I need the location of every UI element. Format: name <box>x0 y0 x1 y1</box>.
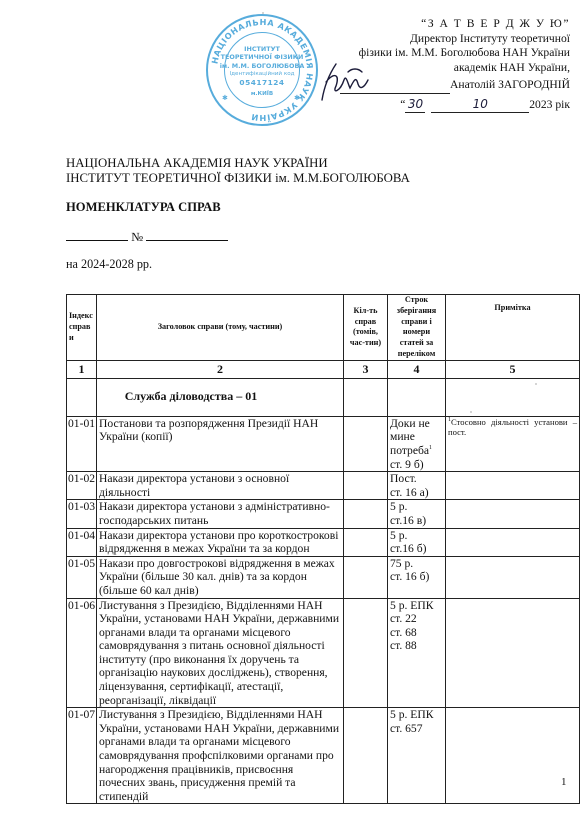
approval-date-day: 30 <box>405 97 425 113</box>
table-row: 01-07 Листування з Президією, Відділення… <box>67 708 580 804</box>
approval-position-line1: Директор Інституту теоретичної <box>340 32 570 47</box>
document-number-line: № <box>66 229 228 245</box>
approval-position-line3: академік НАН України, <box>340 61 570 76</box>
row-count <box>344 500 388 528</box>
row-note <box>446 598 580 708</box>
table-row: 01-05 Накази про довгострокові відряджен… <box>67 556 580 598</box>
row-retention: 5 р.ст.16 в) <box>388 500 446 528</box>
col-number: 2 <box>97 360 344 378</box>
document-period: на 2024-2028 рр. <box>66 257 152 272</box>
number-blank <box>146 229 228 241</box>
table-row: 01-04 Накази директора установи про коро… <box>67 528 580 556</box>
row-count <box>344 708 388 804</box>
official-stamp: НАЦІОНАЛЬНА АКАДЕМІЯ НАУК УКРАЇНИ ✱ ✱ ІН… <box>206 14 318 126</box>
row-title: Накази директора установи про короткостр… <box>97 528 344 556</box>
row-index: 01-05 <box>67 556 97 598</box>
stamp-code: 05417124 <box>218 79 306 87</box>
scan-speck <box>535 383 537 385</box>
row-retention: Пост.ст. 16 а) <box>388 472 446 500</box>
row-title: Накази про довгострокові відрядження в м… <box>97 556 344 598</box>
row-count <box>344 472 388 500</box>
row-note <box>446 556 580 598</box>
nomenclature-table: Індекс справ и Заголовок справи (тому, ч… <box>66 294 580 804</box>
row-retention: 75 р.ст. 16 б) <box>388 556 446 598</box>
org-line-academy: НАЦІОНАЛЬНА АКАДЕМІЯ НАУК УКРАЇНИ <box>66 156 410 171</box>
approval-title: “З А Т В Е Р Д Ж У Ю” <box>340 17 570 32</box>
approval-date-year: 2023 рік <box>529 98 570 111</box>
row-retention: 5 р. ЕПКст. 657 <box>388 708 446 804</box>
row-count <box>344 528 388 556</box>
stamp-line-name: ім. М.М. БОГОЛЮБОВА <box>218 62 306 70</box>
col-number: 4 <box>388 360 446 378</box>
column-number-row: 1 2 3 4 5 <box>67 360 580 378</box>
row-retention: 5 р.ст.16 б) <box>388 528 446 556</box>
row-note: 1Стосовно діяльності установи – пост. <box>446 416 580 471</box>
date-blank <box>66 229 128 241</box>
row-note <box>446 500 580 528</box>
stamp-line-theoretical: ТЕОРЕТИЧНОЇ ФІЗИКИ <box>218 53 306 61</box>
col-header-title: Заголовок справи (тому, частини) <box>97 295 344 361</box>
table-row: 01-03 Накази директора установи з адміні… <box>67 500 580 528</box>
row-note <box>446 472 580 500</box>
scan-speck <box>470 411 472 413</box>
scan-speck <box>262 12 264 14</box>
row-index: 01-02 <box>67 472 97 500</box>
row-retention: Доки не мине потреба1ст. 9 б) <box>388 416 446 471</box>
row-index: 01-03 <box>67 500 97 528</box>
approval-block: “З А Т В Е Р Д Ж У Ю” Директор Інституту… <box>340 17 570 113</box>
row-index: 01-06 <box>67 598 97 708</box>
table-row: 01-01 Постанови та розпорядження Президі… <box>67 416 580 471</box>
section-title: Служба діловодства – 01 <box>97 378 344 416</box>
table-header-row: Індекс справ и Заголовок справи (тому, ч… <box>67 295 580 361</box>
row-title: Постанови та розпорядження Президії НАН … <box>97 416 344 471</box>
number-sign: № <box>131 230 143 244</box>
row-count <box>344 556 388 598</box>
org-line-institute: ІНСТИТУТ ТЕОРЕТИЧНОЇ ФІЗИКИ ім. М.М.БОГО… <box>66 171 410 186</box>
row-count <box>344 598 388 708</box>
row-title: Накази директора установи з основної дія… <box>97 472 344 500</box>
col-header-note: Примітка <box>446 295 580 361</box>
row-title: Листування з Президією, Відділеннями НАН… <box>97 598 344 708</box>
row-index: 01-07 <box>67 708 97 804</box>
col-number: 1 <box>67 360 97 378</box>
row-index: 01-01 <box>67 416 97 471</box>
organization-header: НАЦІОНАЛЬНА АКАДЕМІЯ НАУК УКРАЇНИ ІНСТИТ… <box>66 156 410 186</box>
col-number: 5 <box>446 360 580 378</box>
stamp-city: м.КИЇВ <box>218 90 306 98</box>
row-retention: 5 р. ЕПКст. 22ст. 68ст. 88 <box>388 598 446 708</box>
table-row: 01-06 Листування з Президією, Відділення… <box>67 598 580 708</box>
row-title: Листування з Президією, Відділеннями НАН… <box>97 708 344 804</box>
row-note <box>446 708 580 804</box>
row-index: 01-04 <box>67 528 97 556</box>
approval-date-month: 10 <box>431 97 529 113</box>
col-header-retention: Строк зберігання справи і номери статей … <box>388 295 446 361</box>
page-number: 1 <box>561 776 567 788</box>
approval-signatory: Анатолій ЗАГОРОДНІЙ <box>450 78 570 91</box>
row-note <box>446 528 580 556</box>
col-number: 3 <box>344 360 388 378</box>
section-row: Служба діловодства – 01 <box>67 378 580 416</box>
document-title: НОМЕНКЛАТУРА СПРАВ <box>66 200 221 215</box>
row-count <box>344 416 388 471</box>
table-row: 01-02 Накази директора установи з основн… <box>67 472 580 500</box>
col-header-count: Кіл-ть справ (томів, час-тин) <box>344 295 388 361</box>
signature-line <box>340 78 450 94</box>
approval-position-line2: фізики ім. М.М. Боголюбова НАН України <box>340 46 570 61</box>
col-header-index: Індекс справ и <box>67 295 97 361</box>
row-title: Накази директора установи з адміністрати… <box>97 500 344 528</box>
